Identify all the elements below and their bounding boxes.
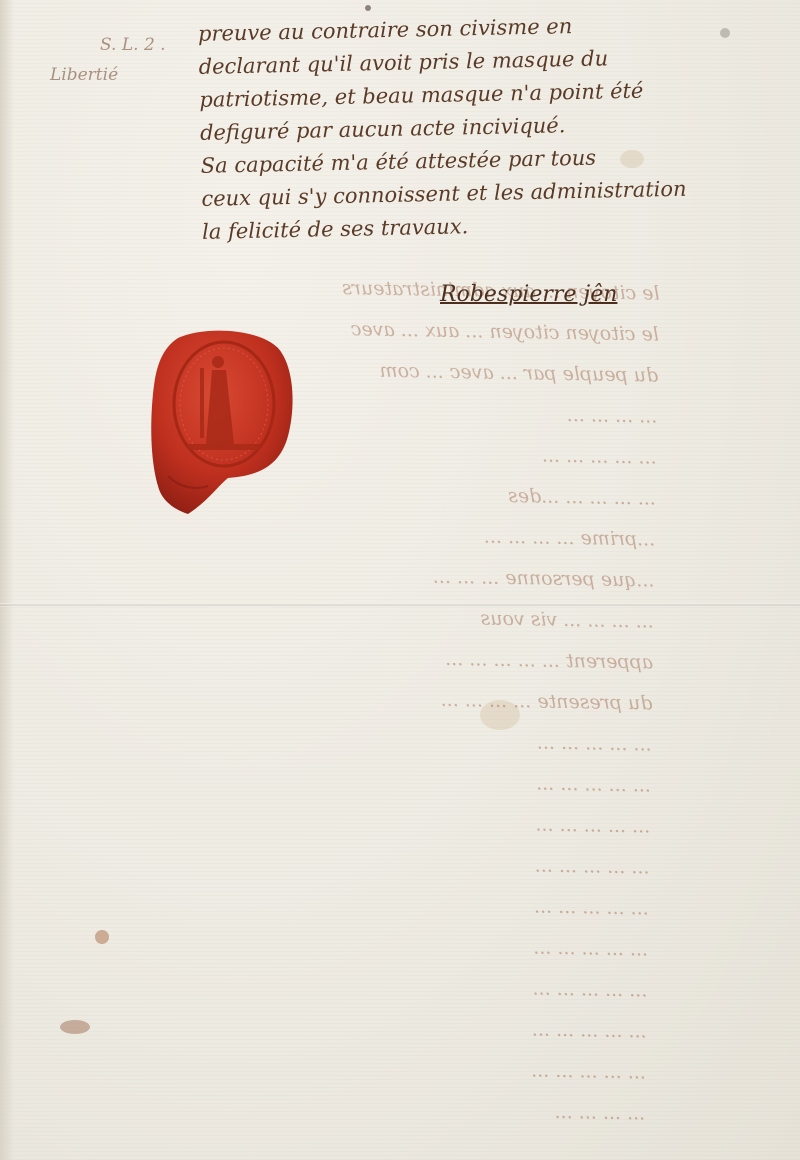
- wax-seal-icon: [148, 326, 296, 516]
- margin-note: S. L. 2 . Libertié: [30, 30, 190, 90]
- margin-note-line: Libertié: [30, 60, 190, 90]
- margin-note-line: S. L. 2 .: [30, 30, 190, 60]
- letter-body: preuve au contraire son civisme en decla…: [198, 6, 763, 249]
- foxing-stain: [365, 5, 371, 11]
- bleed-through-text: le citoyen ... aux administrateurs le ci…: [5, 262, 660, 1134]
- signature: Robespierre jên: [440, 282, 617, 307]
- letter-sheet: S. L. 2 . Libertié le citoyen ... aux ad…: [0, 0, 800, 1160]
